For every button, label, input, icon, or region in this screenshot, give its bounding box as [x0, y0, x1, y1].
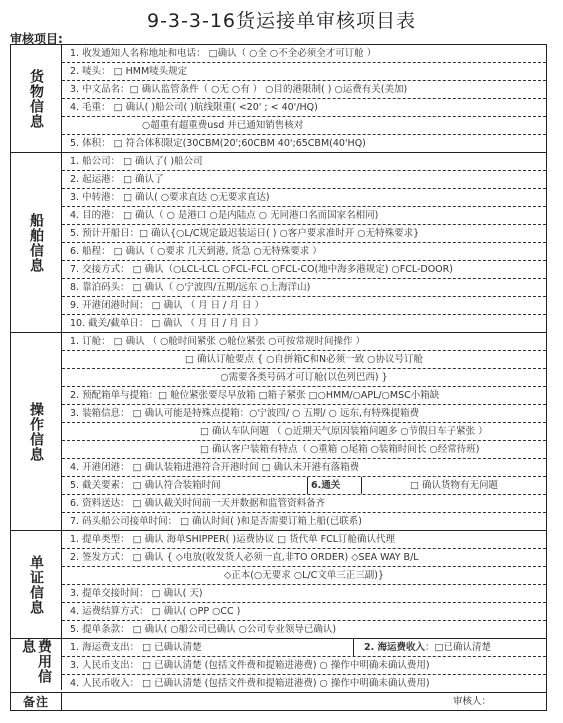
- doc-row-bl-type[interactable]: 1. 提单类型： □ 确认 海单SHIPPER( )运费协议 □ 货代单 FCL…: [62, 531, 546, 548]
- vessel-row-transship[interactable]: 3. 中转港： □ 确认( ○要求直达 ○无要求直达): [62, 188, 546, 206]
- vessel-row-terms[interactable]: 7. 交接方式： □ 确认（○LCL-LCL ○FCL-FCL ○FCL-CO(…: [62, 260, 546, 278]
- cargo-row-name[interactable]: 3. 中文品名：□ 确认监管条件（ ○无 ○有 ） ○目的港限制( ) ○运费有…: [62, 80, 546, 98]
- op-row-container-release[interactable]: 2. 预配箱单与提箱：□ 舱位紧张要尽早放箱 □箱子紧张 □○HMM/○APL/…: [62, 386, 546, 404]
- op-row-stuffing[interactable]: 3. 装箱信息： □ 确认可能是特殊点提箱：○宁波四/ ○ 五期/ ○ 远东,有…: [62, 404, 546, 422]
- cargo-row-parties[interactable]: 1. 收发通知人名称地址和电话： □确认（ ○全 ○不全必须全才可订舱 ）: [62, 45, 546, 62]
- doc-row-bl-clauses[interactable]: 5. 提单条款： □ 确认( ○船公司已确认 ○公司专业领导已确认): [62, 620, 546, 638]
- op-row-cutoff-customs: 5. 截关要素： □ 确认符合装箱时间 6.通关 □ 确认货物有无问题: [62, 476, 546, 494]
- fee-row-ocean: 1. 海运费支出： □ 已确认清楚 2. 海运费收入：□已确认清楚: [62, 639, 546, 656]
- op-row-booking-numbers[interactable]: ○需要各类号码才可订舱(以色列巴西) }: [62, 368, 546, 386]
- fee-ocean-income[interactable]: 2. 海运费收入：□已确认清楚: [353, 639, 546, 656]
- vessel-row-terminal[interactable]: 8. 靠泊码头： □ 确认（ ○宁波四/五期/远东 ○上海洋山): [62, 278, 546, 296]
- reviewer-field[interactable]: 审核人：: [62, 693, 546, 710]
- section-label-documents: 单证信息: [11, 531, 62, 638]
- section-label-remarks: 备注: [11, 693, 62, 710]
- section-documents: 单证信息 1. 提单类型： □ 确认 海单SHIPPER( )运费协议 □ 货代…: [11, 530, 546, 638]
- section-vessel: 船舶信息 1. 船公司： □ 确认了( )船公司 2. 起运港： □ 确认了 3…: [11, 152, 546, 332]
- op-row-customer-stuffing[interactable]: □ 确认客户装箱有特点（ ○重箱 ○尾箱 ○装箱时间长 ○经常待班): [62, 440, 546, 458]
- audit-table: 货物信息 1. 收发通知人名称地址和电话： □确认（ ○全 ○不全必须全才可订舱…: [10, 44, 547, 711]
- vessel-row-cutoff[interactable]: 10. 截关/截单日： □ 确认 （ 月 日 / 月 日 ）: [62, 314, 546, 332]
- vessel-row-port-open[interactable]: 9. 开港闭港时间： □ 确认 （ 月 日 / 月 日 ）: [62, 296, 546, 314]
- op-row-booking[interactable]: 1. 订舱： □ 确认 （ ○舱时间紧张 ○舱位紧张 ○可按常规时间操作 ）: [62, 333, 546, 350]
- section-remarks: 备注 审核人：: [11, 692, 546, 710]
- op-row-docs-delivery[interactable]: 6. 资料送达： □ 确认截关时间前一天并数据和监管资料备齐: [62, 494, 546, 512]
- section-fees: 费用信息 1. 海运费支出： □ 已确认清楚 2. 海运费收入：□已确认清楚 3…: [11, 638, 546, 692]
- op-row-trucking[interactable]: □ 确认车队问题 （ ○近期天气原因装箱问题多 ○节假日车子紧张 ）: [62, 422, 546, 440]
- doc-row-issue[interactable]: 2. 签发方式： □ 确认 { ◇电放(收发货人必须一直,非TO ORDER) …: [62, 548, 546, 566]
- vessel-row-etd[interactable]: 5. 预计开船日：□ 确认{○L/C规定最迟装运日( ) ○客户要求准时开 ○无…: [62, 224, 546, 242]
- op-row-terminal-time[interactable]: 7. 码头船公司接单时间： □ 确认时间( )和是否需要订箱上船(已联系): [62, 512, 546, 530]
- section-label-vessel: 船舶信息: [11, 153, 62, 332]
- op-cutoff-cell[interactable]: 5. 截关要素： □ 确认符合装箱时间: [62, 477, 307, 494]
- fee-ocean-income-check: ：□已确认清楚: [425, 642, 491, 653]
- vessel-row-pol[interactable]: 2. 起运港： □ 确认了: [62, 170, 546, 188]
- cargo-row-marks[interactable]: 2. 唛头： □ HMM唛头规定: [62, 62, 546, 80]
- vessel-row-pod[interactable]: 4. 目的港： □ 确认（ ○ 是港口 ○是内陆点 ○ 无同港口名而国家名相同): [62, 206, 546, 224]
- page-title: 9-3-3-16货运接单审核项目表: [0, 6, 563, 33]
- doc-row-freight-payment[interactable]: 4. 运费结算方式： □ 确认( ○PP ○CC ): [62, 602, 546, 620]
- section-label-cargo: 货物信息: [11, 45, 62, 152]
- cargo-row-overweight[interactable]: ○超重有超重费usd 并已通知销售核对: [62, 116, 546, 134]
- op-row-booking-points[interactable]: □ 确认订舱要点 { ○自拼箱C和N必须一致 ○协议号订舱: [62, 350, 546, 368]
- fee-row-rmb-expense[interactable]: 3. 人民币支出： □ 已确认清楚 (包括文件费和提箱进港费) ○ 操作中明确未…: [62, 656, 546, 674]
- op-customs-label: 6.通关: [307, 477, 361, 494]
- op-row-gate[interactable]: 4. 开港闭港： □ 确认装箱进港符合开港时间 □ 确认未开港有落箱费: [62, 458, 546, 476]
- fee-row-rmb-income[interactable]: 4. 人民币收入： □ 已确认清楚 (包括文件费和提箱进港费) ○ 操作中明确未…: [62, 674, 546, 692]
- section-label-fees: 费用信息: [11, 639, 62, 690]
- fee-ocean-income-label: 2. 海运费收入: [364, 642, 425, 653]
- section-operation: 操作信息 1. 订舱： □ 确认 （ ○舱时间紧张 ○舱位紧张 ○可按常规时间操…: [11, 332, 546, 530]
- fee-ocean-expense[interactable]: 1. 海运费支出： □ 已确认清楚: [62, 639, 353, 656]
- cargo-row-volume[interactable]: 5. 体积： □ 符合体积限定(30CBM(20';60CBM 40';65CB…: [62, 134, 546, 152]
- op-customs-check[interactable]: □ 确认货物有无问题: [361, 477, 546, 494]
- section-label-operation: 操作信息: [11, 333, 62, 530]
- vessel-row-transit[interactable]: 6. 船程： □ 确认（ ○要求 几天到港, 货急 ○无特殊要求 ）: [62, 242, 546, 260]
- section-cargo: 货物信息 1. 收发通知人名称地址和电话： □确认（ ○全 ○不全必须全才可订舱…: [11, 45, 546, 152]
- doc-row-original[interactable]: ◇正本(○无要求 ○L/C文单三正三副)}: [62, 566, 546, 584]
- vessel-row-carrier[interactable]: 1. 船公司： □ 确认了( )船公司: [62, 153, 546, 170]
- doc-row-handover[interactable]: 3. 提单交接时间： □ 确认( 天): [62, 584, 546, 602]
- cargo-row-weight[interactable]: 4. 毛重： □ 确认( )船公司( )航线限重( <20' ; < 40'/H…: [62, 98, 546, 116]
